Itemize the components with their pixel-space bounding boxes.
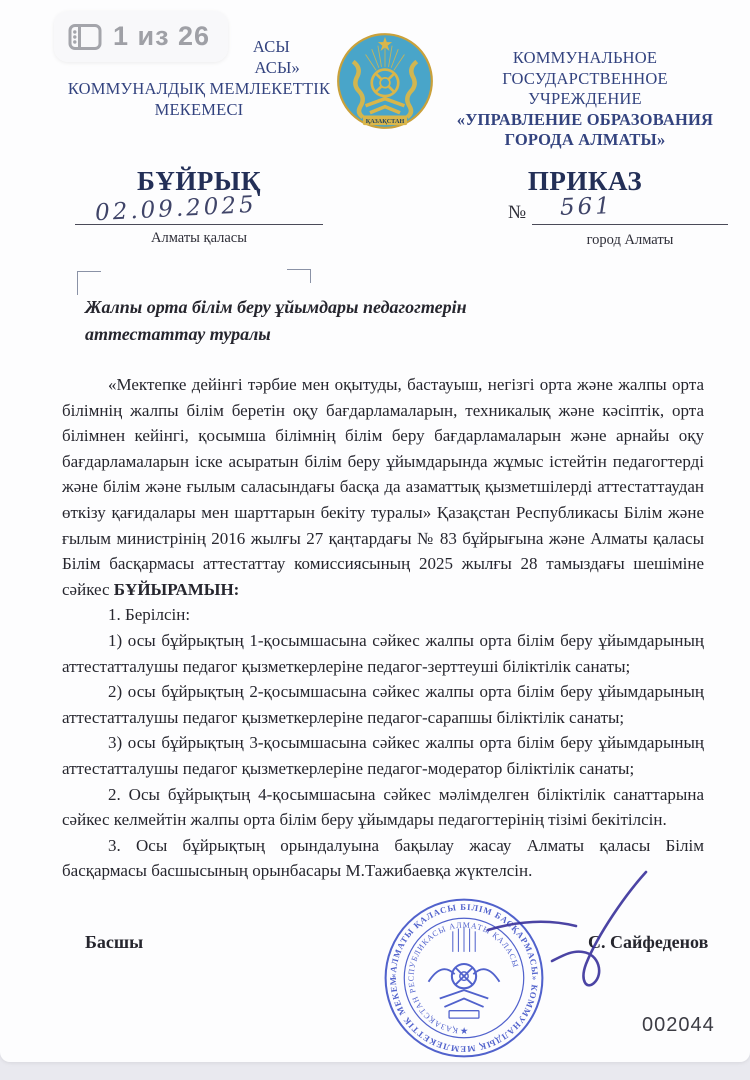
body-paragraph-text: «Мектепке дейінгі тәрбие мен оқытуды, ба… [62,375,704,599]
org-ru-line4: ГОРОДА АЛМАТЫ» [428,130,742,151]
body-item: 1) осы бұйрықтың 1-қосымшасына сәйкес жа… [62,628,704,679]
signature-stroke [476,866,656,1001]
body-item: 2. Осы бұйрықтың 4-қосымшасына сәйкес мә… [62,782,704,833]
order-subject: Жалпы орта білім беру ұйымдары педагогте… [85,294,467,348]
handwritten-number: 561 [560,193,614,221]
subject-line1: Жалпы орта білім беру ұйымдары педагогте… [85,294,467,321]
number-sign: № [508,202,526,224]
place-kazakh: Алматы қаласы [75,230,323,247]
date-underline [75,198,323,225]
org-kk-line4: МЕКЕМЕСІ [58,99,340,120]
emblem-banner-text: ҚАЗАҚСТАН [366,118,405,125]
body-paragraph: «Мектепке дейінгі тәрбие мен оқытуды, ба… [62,372,704,602]
order-title-russian: ПРИКАЗ [428,166,742,197]
body-item: 1. Берілсін: [62,602,704,628]
page-indicator-badge[interactable]: 1 из 26 [54,11,228,62]
document-page[interactable]: АСЫ АСЫ» КОММУНАЛДЫҚ МЕМЛЕКЕТТІК МЕКЕМЕС… [0,0,750,1062]
org-ru-line3: «УПРАВЛЕНИЕ ОБРАЗОВАНИЯ [428,110,742,131]
order-body: «Мектепке дейінгі тәрбие мен оқытуды, ба… [62,372,704,884]
body-item: 2) осы бұйрықтың 2-қосымшасына сәйкес жа… [62,679,704,730]
body-paragraph-bold: БҰЙЫРАМЫН: [114,580,240,599]
subject-line2: аттестаттау туралы [85,321,467,348]
body-item: 3) осы бұйрықтың 3-қосымшасына сәйкес жа… [62,730,704,781]
crop-mark-left [77,271,101,295]
org-ru-line1: КОММУНАЛЬНОЕ ГОСУДАРСТВЕННОЕ [428,48,742,89]
org-kk-line3: КОММУНАЛДЫҚ МЕМЛЕКЕТТІК [58,78,340,99]
document-viewer: АСЫ АСЫ» КОММУНАЛДЫҚ МЕМЛЕКЕТТІК МЕКЕМЕС… [0,0,750,1080]
stamp-star-icon: ★ [460,1027,468,1037]
org-ru-line2: УЧРЕЖДЕНИЕ [428,89,742,110]
kazakhstan-emblem-icon: ҚАЗАҚСТАН [332,26,438,136]
page-indicator-text: 1 из 26 [113,21,210,52]
sheet-number: 002044 [642,1014,715,1037]
order-title-kazakh: БҰЙРЫҚ [58,166,340,197]
org-name-russian: КОММУНАЛЬНОЕ ГОСУДАРСТВЕННОЕ УЧРЕЖДЕНИЕ … [428,48,742,151]
place-russian: город Алматы [532,232,728,249]
signer-position: Басшы [85,932,143,953]
crop-mark-right [287,269,311,283]
pages-icon [68,22,102,52]
